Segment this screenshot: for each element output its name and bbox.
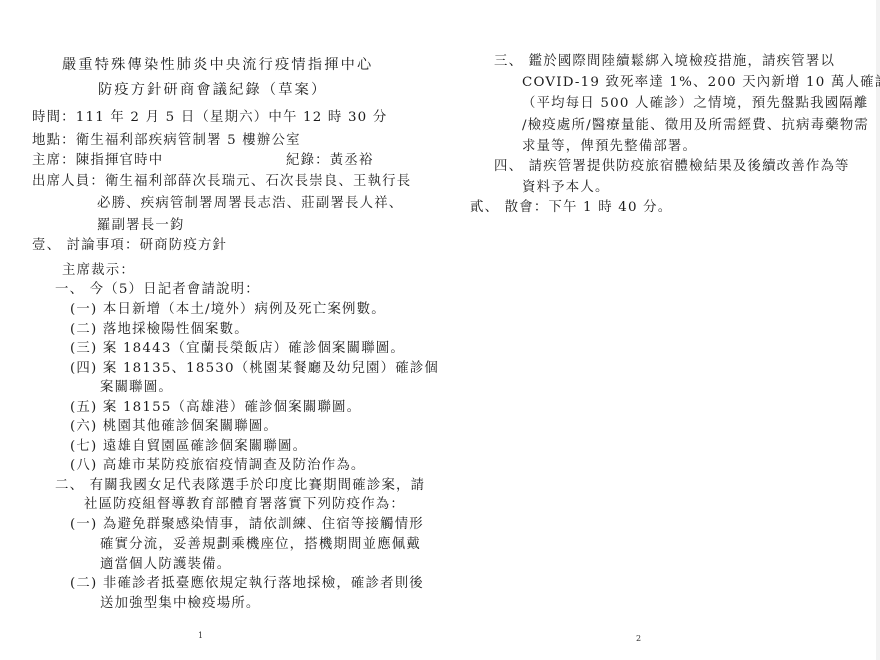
instruction-item-3-continuation: COVID-19 致死率達 1%、200 天內新增 10 萬人確診 <box>522 73 880 93</box>
sub-item: (二) 非確診者抵臺應依規定執行落地採檢，確診者則後 <box>70 574 424 594</box>
sub-item: (七) 遠雄自貿園區確診個案關聯圖。 <box>70 437 307 457</box>
sub-item: (五) 案 18155（高雄港）確診個案關聯圖。 <box>70 398 361 418</box>
section-heading-discussion: 壹、 討論事項：研商防疫方針 <box>32 236 227 256</box>
document-page-1: 嚴重特殊傳染性肺炎中央流行疫情指揮中心 防疫方針研商會議紀錄（草案） 時間：11… <box>0 0 440 660</box>
section-heading-adjourn: 貳、 散會：下午 1 時 40 分。 <box>470 198 672 218</box>
document-page-2: 三、 鑑於國際間陸續鬆綁入境檢疫措施，請疾管署以 COVID-19 致死率達 1… <box>440 0 876 660</box>
instruction-item-3-continuation: /檢疫處所/醫療量能、徵用及所需經費、抗病毒藥物需 <box>522 116 869 136</box>
document-subtitle: 防疫方針研商會議紀錄（草案） <box>98 80 327 100</box>
sub-item-continuation: 送加強型集中檢疫場所。 <box>100 594 261 614</box>
sub-item: (四) 案 18135、18530（桃園某餐廳及幼兒園）確診個 <box>70 359 439 379</box>
instruction-item-2: 二、 有關我國女足代表隊選手於印度比賽期間確診案，請 <box>55 476 425 496</box>
attendees-line: 必勝、疾病管制署周署長志浩、莊副署長人祥、 <box>97 194 403 214</box>
attendees-line: 出席人員：衛生福利部薛次長瑞元、石次長崇良、王執行長 <box>32 172 411 192</box>
page-number: 1 <box>198 631 203 640</box>
meeting-time: 時間：111 年 2 月 5 日（星期六）中午 12 時 30 分 <box>32 108 387 128</box>
chair-instructions-label: 主席裁示： <box>62 261 135 281</box>
sub-item: (八) 高雄市某防疫旅宿疫情調查及防治作為。 <box>70 456 366 476</box>
instruction-item-1: 一、 今（5）日記者會請說明： <box>55 280 260 300</box>
sub-item-continuation: 適當個人防護裝備。 <box>100 555 231 575</box>
attendees-line: 羅副署長一鈞 <box>97 216 185 236</box>
sub-item-continuation: 確實分流，妥善規劃乘機座位，搭機期間並應佩戴 <box>100 535 421 555</box>
meeting-recorder: 紀錄：黃丞裕 <box>286 151 374 171</box>
sub-item: (六) 桃園其他確診個案關聯圖。 <box>70 417 278 437</box>
sub-item-continuation: 案關聯圖。 <box>100 378 173 398</box>
instruction-item-4-continuation: 資料予本人。 <box>522 178 610 198</box>
sub-item: (一) 本日新增（本土/境外）病例及死亡案例數。 <box>70 300 386 320</box>
meeting-chair: 主席：陳指揮官時中 <box>32 151 163 171</box>
instruction-item-3: 三、 鑑於國際間陸續鬆綁入境檢疫措施，請疾管署以 <box>494 52 835 72</box>
instruction-item-3-continuation: 求量等，俾預先整備部署。 <box>522 137 697 157</box>
document-title: 嚴重特殊傳染性肺炎中央流行疫情指揮中心 <box>62 55 373 75</box>
sub-item: (三) 案 18443（宜蘭長榮飯店）確診個案關聯圖。 <box>70 339 405 359</box>
sub-item: (一) 為避免群聚感染情事，請依訓練、住宿等接觸情形 <box>70 515 424 535</box>
page-number: 2 <box>636 634 641 643</box>
viewer-edge <box>876 0 880 660</box>
instruction-item-2-continuation: 社區防疫組督導教育部體育署落實下列防疫作為： <box>84 495 405 515</box>
sub-item: (二) 落地採檢陽性個案數。 <box>70 320 249 340</box>
meeting-location: 地點：衛生福利部疾病管制署 5 樓辦公室 <box>32 131 301 151</box>
instruction-item-4: 四、 請疾管署提供防疫旅宿體檢結果及後續改善作為等 <box>494 157 850 177</box>
instruction-item-3-continuation: （平均每日 500 人確診）之情境，預先盤點我國隔離 <box>522 94 868 114</box>
